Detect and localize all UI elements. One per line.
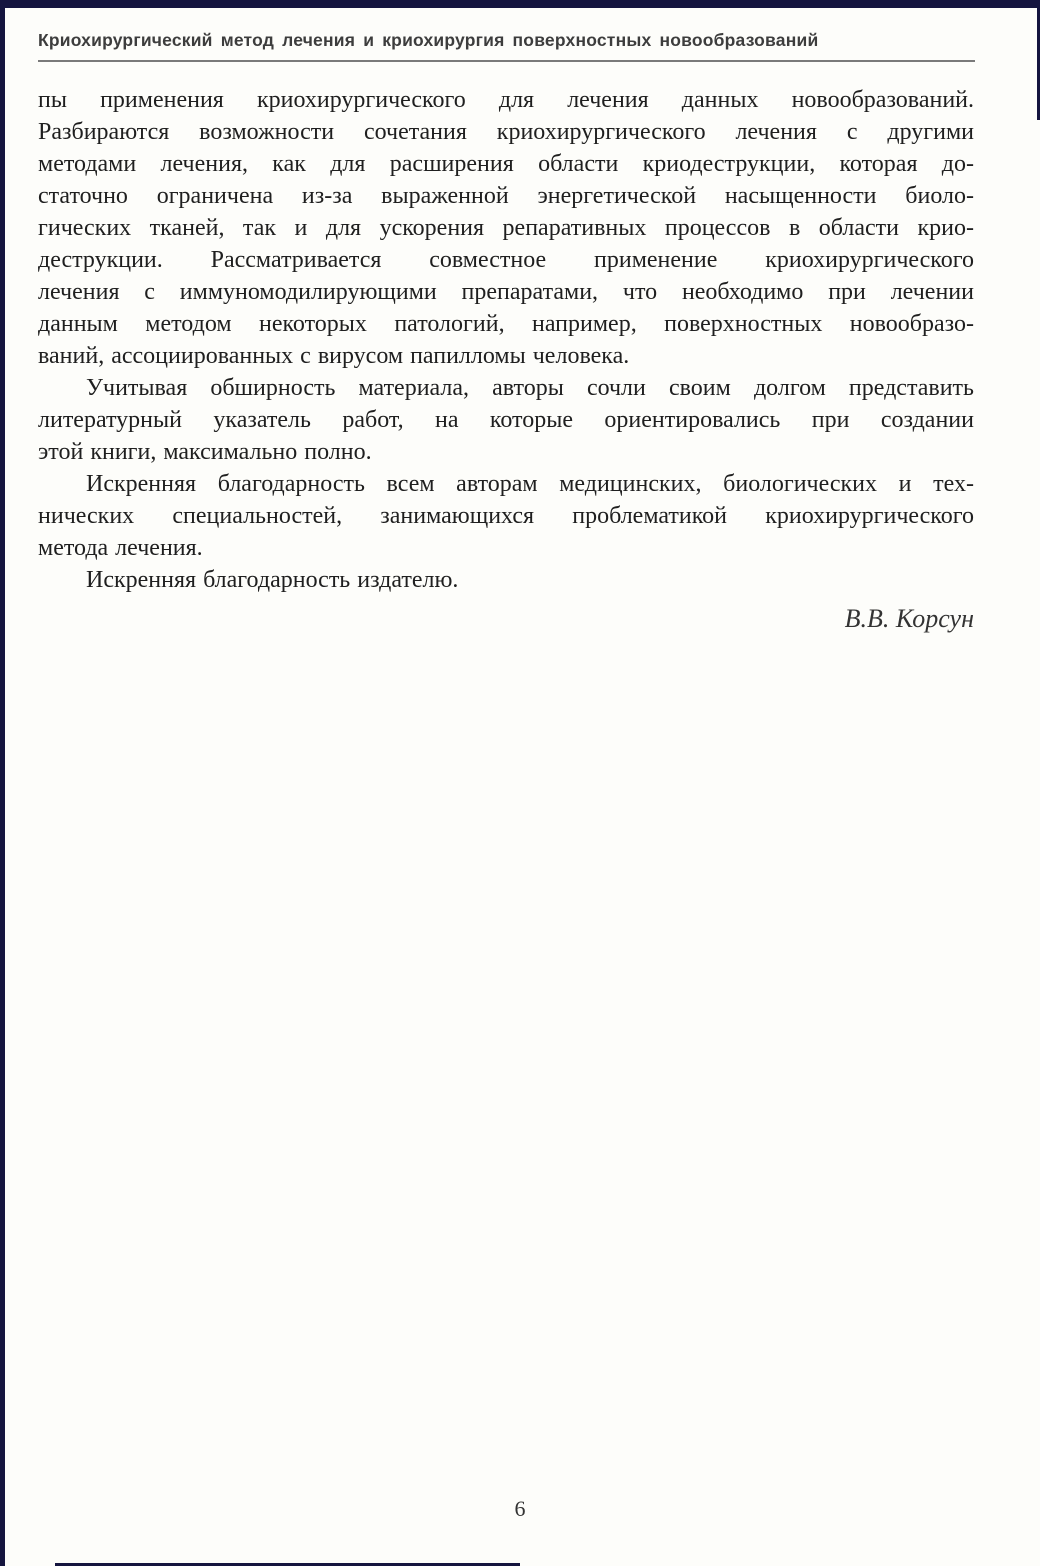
text-line: лечения с иммуномодилирующими препаратам… bbox=[38, 276, 974, 308]
text-line: нических специальностей, занимающихся пр… bbox=[38, 500, 974, 532]
text-line: Искренняя благодарность издателю. bbox=[38, 564, 974, 596]
text-line: данным методом некоторых патологий, напр… bbox=[38, 308, 974, 340]
text-line: Разбираются возможности сочетания криохи… bbox=[38, 116, 974, 148]
text-line: гических тканей, так и для ускорения реп… bbox=[38, 212, 974, 244]
book-page: Криохирургический метод лечения и криохи… bbox=[0, 0, 1040, 1566]
page-number: 6 bbox=[0, 1496, 1040, 1522]
text-line: этой книги, максимально полно. bbox=[38, 436, 974, 468]
header-rule bbox=[38, 60, 975, 62]
text-line: Учитывая обширность материала, авторы со… bbox=[38, 372, 974, 404]
text-line: ваний, ассоциированных с вирусом папилло… bbox=[38, 340, 974, 372]
text-line: литературный указатель работ, на которые… bbox=[38, 404, 974, 436]
text-line: метода лечения. bbox=[38, 532, 974, 564]
text-line: деструкции. Рассматривается совместное п… bbox=[38, 244, 974, 276]
scan-border-top bbox=[0, 0, 1040, 8]
text-line: методами лечения, как для расширения обл… bbox=[38, 148, 974, 180]
text-line: пы применения криохирургического для леч… bbox=[38, 84, 974, 116]
scan-border-left bbox=[0, 0, 5, 1566]
text-line: статочно ограничена из-за выраженной эне… bbox=[38, 180, 974, 212]
text-line: Искренняя благодарность всем авторам мед… bbox=[38, 468, 974, 500]
running-header: Криохирургический метод лечения и криохи… bbox=[38, 30, 975, 51]
body-text: пы применения криохирургического для леч… bbox=[38, 84, 974, 596]
author-signature: В.В. Корсун bbox=[38, 604, 974, 634]
